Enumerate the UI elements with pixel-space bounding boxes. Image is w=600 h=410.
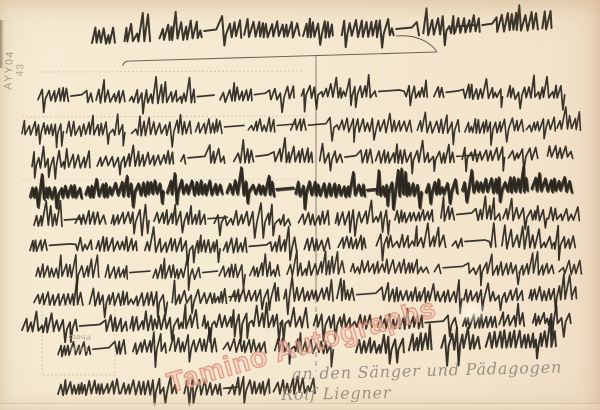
address-dotted-line	[22, 179, 300, 180]
handwriting-line: Mein lieber Herr Kollege!	[92, 5, 552, 47]
handwriting-line: Gedenken an unsere gemeinsame Tätig-	[30, 223, 575, 265]
postcard-scan: Mein lieber Herr Kollege!Am Sonnabend wa…	[0, 0, 600, 410]
handwriting-line: keit in Konstanz! — der Schulmeister eig…	[36, 251, 581, 291]
publisher-name-2: Photo-	[46, 331, 110, 343]
address-dotted-line	[38, 71, 302, 72]
handwriting-line: gebäude vor der Oper. — Wien hab ich ja	[22, 107, 580, 147]
pencil-annotation-line2: Rolf Liegner	[281, 383, 392, 404]
stamp-box-publisher-text: Edita Photo-	[46, 331, 110, 355]
paper-stain	[455, 300, 489, 324]
address-dotted-line	[22, 116, 308, 117]
handwriting-line: Am Sonnabend war Première im Volks-	[38, 75, 565, 114]
scan-bottom-edge	[0, 403, 600, 410]
publisher-name: Edita	[46, 343, 110, 355]
dealer-inventory-pencil-mark: AYY04 43	[2, 15, 29, 90]
